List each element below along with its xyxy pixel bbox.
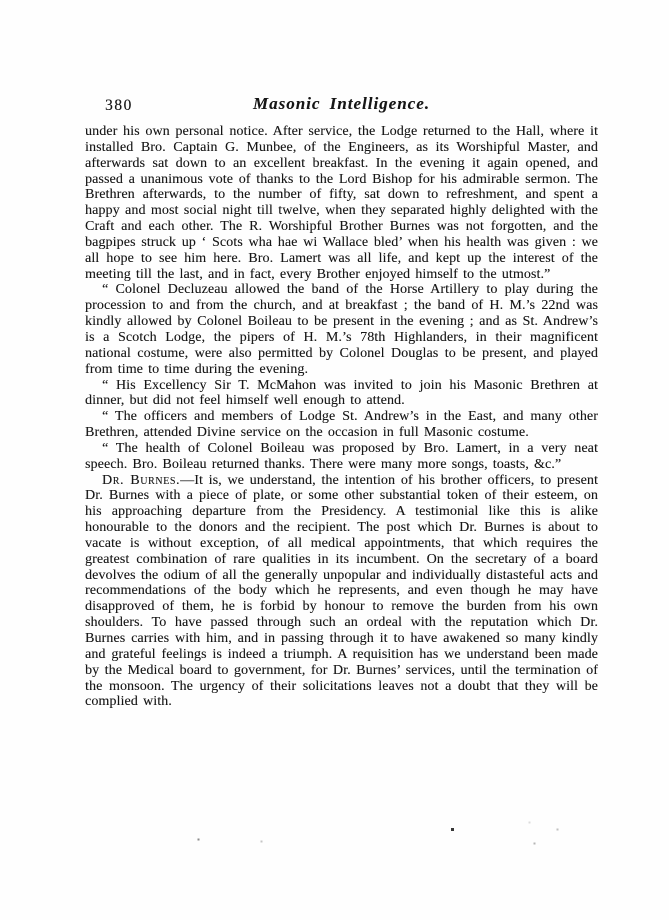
paragraph: “ The health of Colonel Boileau was prop… [85,441,598,473]
paragraph: “ The officers and members of Lodge St. … [85,409,598,441]
page-body: under his own personal notice. After ser… [85,124,598,710]
page-header: 380 Masonic Intelligence. [85,94,598,118]
paragraph: Dr. Burnes.—It is, we understand, the in… [85,473,598,711]
scanned-page: 380 Masonic Intelligence. under his own … [0,0,669,920]
paragraph: “ Colonel Decluzeau allowed the band of … [85,282,598,377]
scan-noise-specks [0,0,1,1]
paragraph-lead-small-caps: Dr. Burnes. [102,473,180,488]
running-title: Masonic Intelligence. [85,94,598,114]
paragraph: under his own personal notice. After ser… [85,124,598,282]
paragraph: “ His Excellency Sir T. McMahon was invi… [85,378,598,410]
paragraph-text: —It is, we understand, the intention of … [85,473,598,710]
